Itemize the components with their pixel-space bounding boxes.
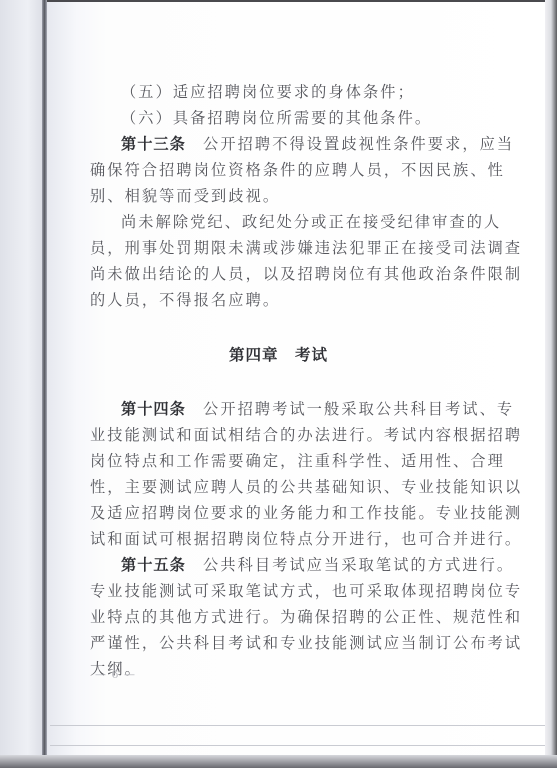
article-15-body: 公共科目考试应当采取笔试的方式进行。专业技能测试可采取笔试方式，也可采取体现招聘… [90,556,522,678]
text-block-top: （五）适应招聘岗位要求的身体条件； （六）具备招聘岗位所需要的其他条件。 第十三… [90,79,528,313]
right-page-edge [545,0,557,768]
left-page-edge [0,0,46,768]
article-14-body: 公开招聘考试一般采取公共科目考试、专业技能测试和面试相结合的办法进行。考试内容根… [90,400,522,548]
article-14-title: 第十四条 [121,400,186,418]
list-item-5: （五）适应招聘岗位要求的身体条件； [90,79,528,105]
chapter-heading: 第四章 考试 [0,343,557,365]
exclusion-paragraph: 尚未解除党纪、政纪处分或正在接受纪律审查的人员，刑事处罚期限未满或涉嫌违法犯罪正… [90,209,528,313]
article-14: 第十四条 公开招聘考试一般采取公共科目考试、专业技能测试和面试相结合的办法进行。… [90,396,528,552]
article-13: 第十三条 公开招聘不得设置歧视性条件要求，应当确保符合招聘岗位资格条件的应聘人员… [90,131,528,209]
page-edge-line [50,745,545,746]
article-13-title: 第十三条 [121,135,186,153]
article-15-title: 第十五条 [121,556,186,574]
scan-bottom-shadow [0,755,557,768]
page-edge-line [50,725,545,726]
article-15: 第十五条 公共科目考试应当采取笔试的方式进行。专业技能测试可采取笔试方式，也可采… [90,552,528,682]
page-number: — 6 — [95,668,136,681]
text-block-bottom: 第十四条 公开招聘考试一般采取公共科目考试、专业技能测试和面试相结合的办法进行。… [90,396,528,682]
list-item-6: （六）具备招聘岗位所需要的其他条件。 [90,105,528,131]
